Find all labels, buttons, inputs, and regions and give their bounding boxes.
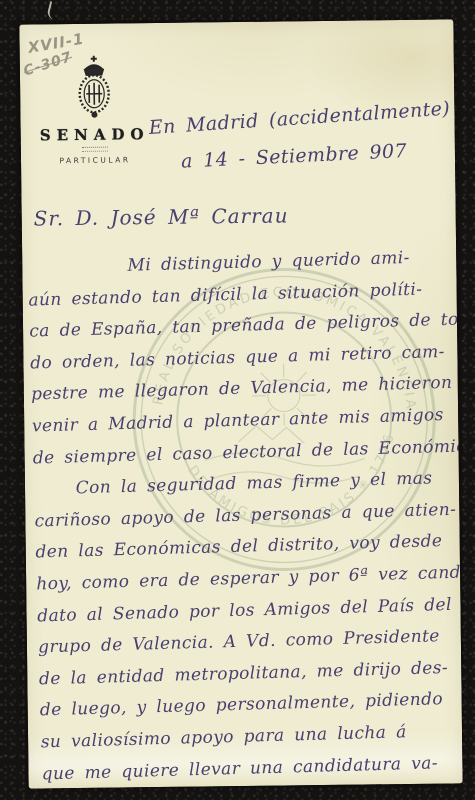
royal-crown-emblem-icon — [65, 53, 124, 118]
letter-paper: XVII-1 C-307 SE — [19, 19, 462, 788]
letterhead-subtitle: PARTICULAR — [29, 155, 161, 166]
salutation: Sr. D. José Mª Carrau — [34, 203, 289, 230]
dateline-date: a 14 - Setiembre 907 — [181, 140, 408, 173]
letter-body: Mi distinguido y querido ami- aún estand… — [27, 241, 463, 788]
letterhead-org-name: SENADO — [29, 125, 161, 145]
dateline-place: En Madrid (accidentalmente) — [148, 98, 451, 139]
pencil-tick-mark — [46, 1, 59, 20]
letterhead-rule — [82, 147, 108, 152]
scanned-letter-page: XVII-1 C-307 SE — [0, 0, 475, 800]
letterhead: SENADO PARTICULAR — [28, 53, 161, 166]
